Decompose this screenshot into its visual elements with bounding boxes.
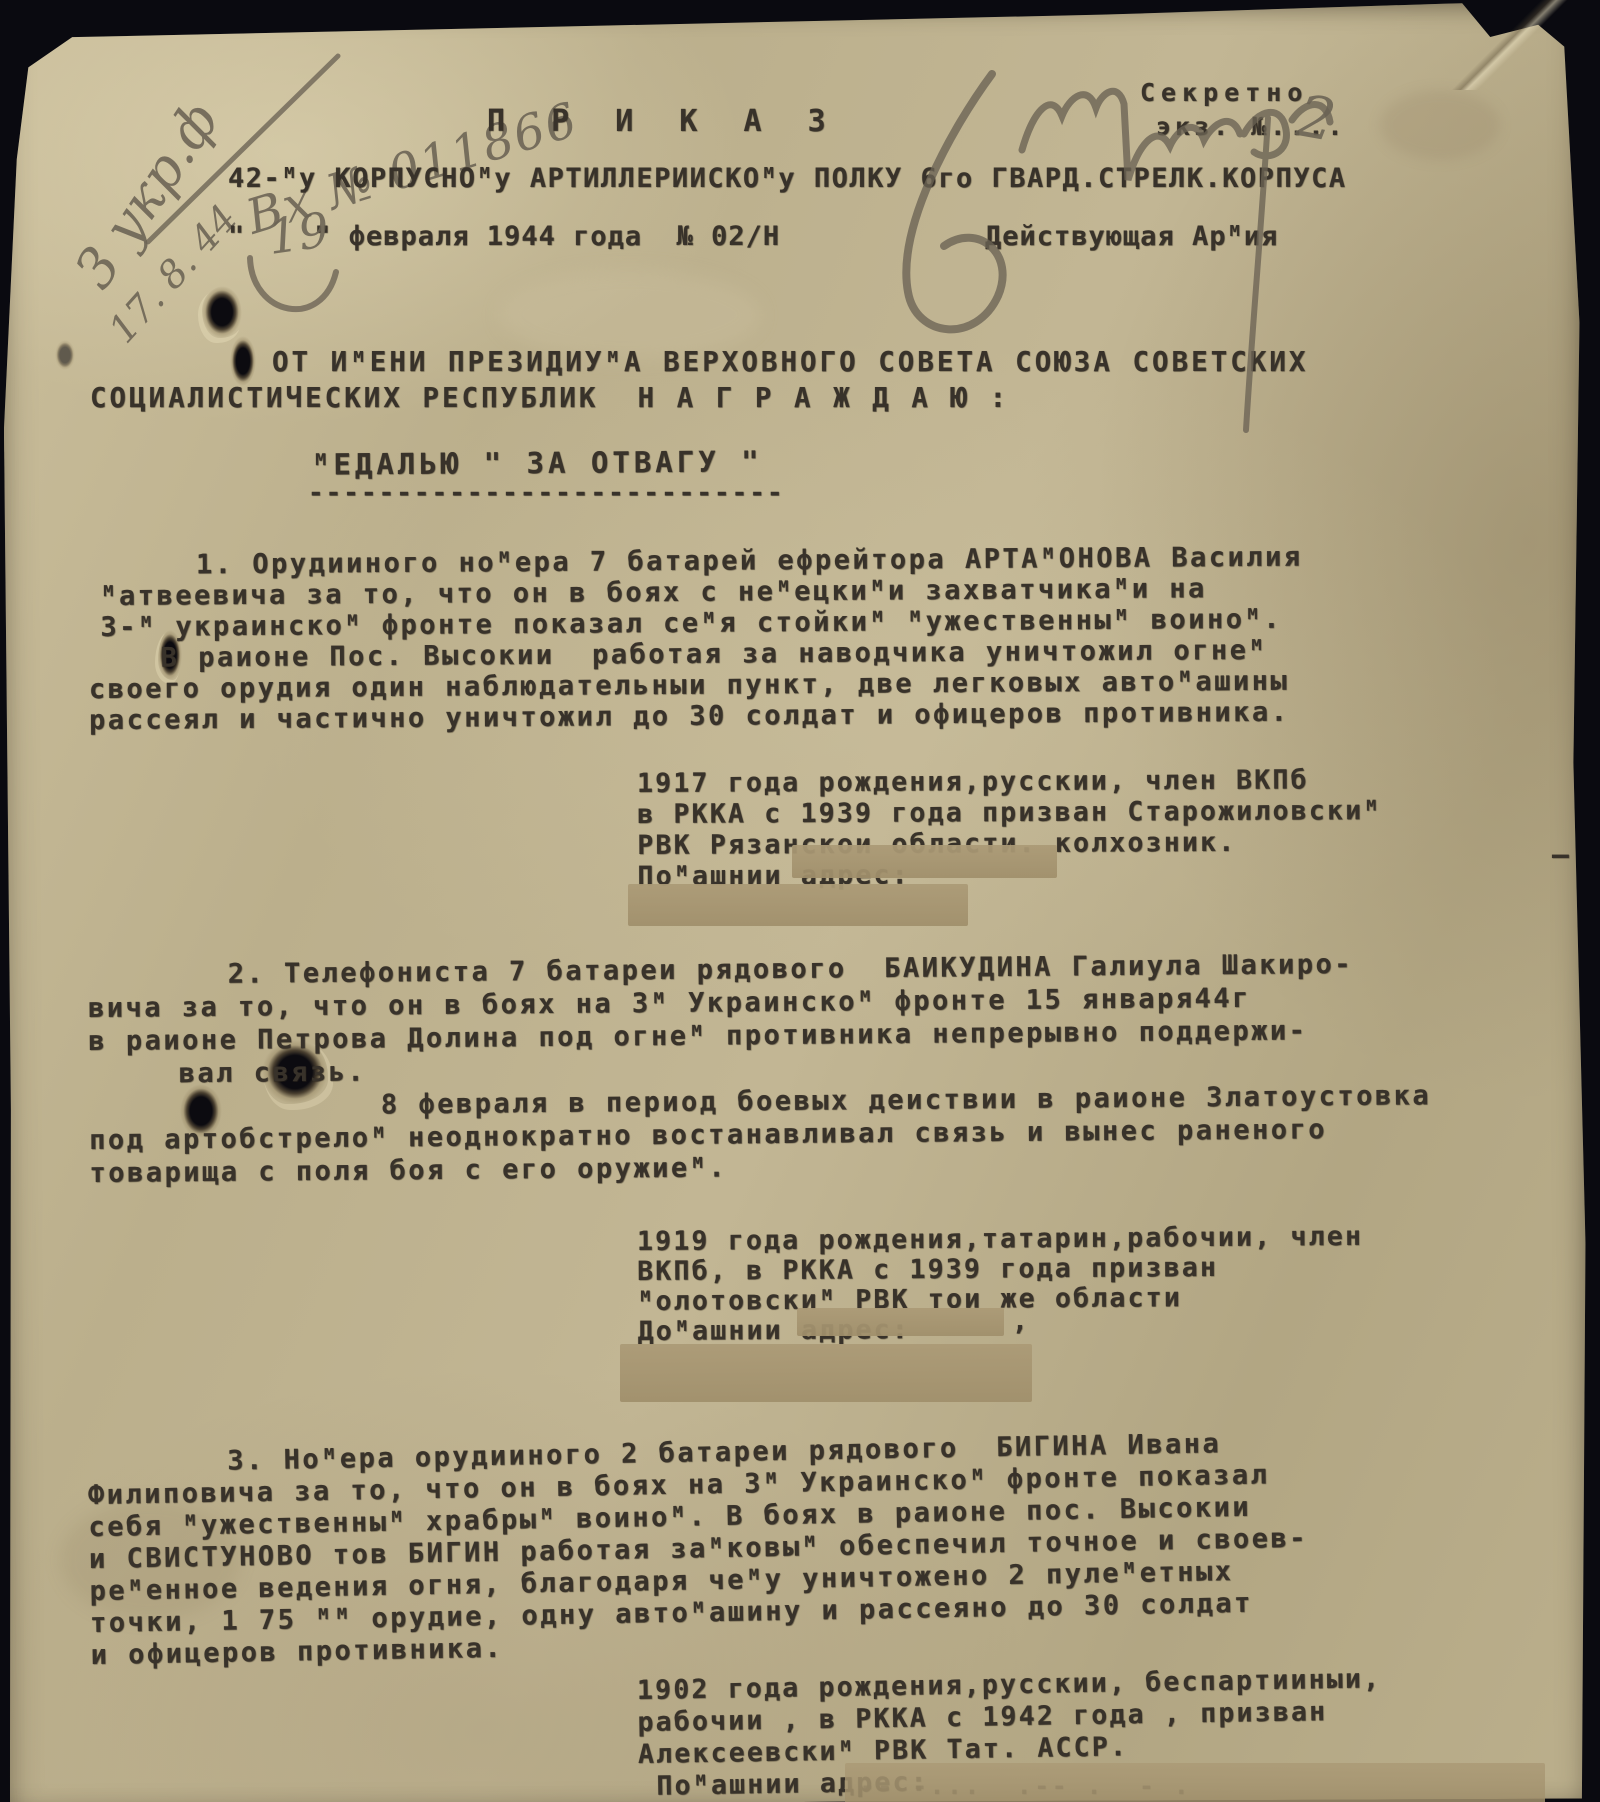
preamble-line-2: СОЦИАЛИСТИЧЕСКИХ РЕСПУБЛИК Н А Г Р А Ж Д… xyxy=(90,382,1009,414)
bio-line: в РККА с 1939 года призван Старожиловски… xyxy=(637,795,1381,830)
redaction-bar xyxy=(845,1763,1545,1802)
scanned-order-document: Секретно экз. №.... 2 3 укр.ф 17. 8. 44 … xyxy=(0,0,1600,1802)
paper-hole xyxy=(55,340,75,370)
redaction-bar xyxy=(797,1308,1004,1336)
paper-hole xyxy=(202,286,242,338)
item-line: вал связь. xyxy=(179,1057,367,1090)
redaction-bar xyxy=(628,884,968,926)
medal-underline: --------------------------- xyxy=(308,478,785,508)
bio-line: 1917 года рождения,русскии, член ВКПб xyxy=(637,764,1309,799)
unit-line: 42-ᴹу КОРПУСНОᴹу АРТИЛЛЕРИИСКОᴹу ПОЛКУ 6… xyxy=(228,163,1347,194)
handwritten-day: 19 xyxy=(264,202,332,266)
item-line: товарища с поля боя с его оружиеᴹ. xyxy=(89,1152,727,1189)
margin-dash: – xyxy=(1552,838,1569,871)
secrecy-stamp: Секретно xyxy=(1140,78,1308,107)
medal-line: ᴹЕДАЛЬЮ " ЗА ОТВАГУ " xyxy=(312,444,763,481)
bio-line: 1919 года рождения,татарин,рабочии, член xyxy=(637,1221,1363,1257)
trailing-comma: , xyxy=(1012,1306,1028,1337)
redaction-bar xyxy=(620,1344,1032,1402)
order-title: П Р И К А З xyxy=(487,104,840,139)
acting-army-line: Действующая Арᴹия xyxy=(985,221,1278,252)
preamble-line-1: ОТ ИᴹЕНИ ПРЕЗИДИУᴹА ВЕРХОВНОГО СОВЕТА СО… xyxy=(272,346,1309,378)
redaction-bar xyxy=(792,845,1057,878)
